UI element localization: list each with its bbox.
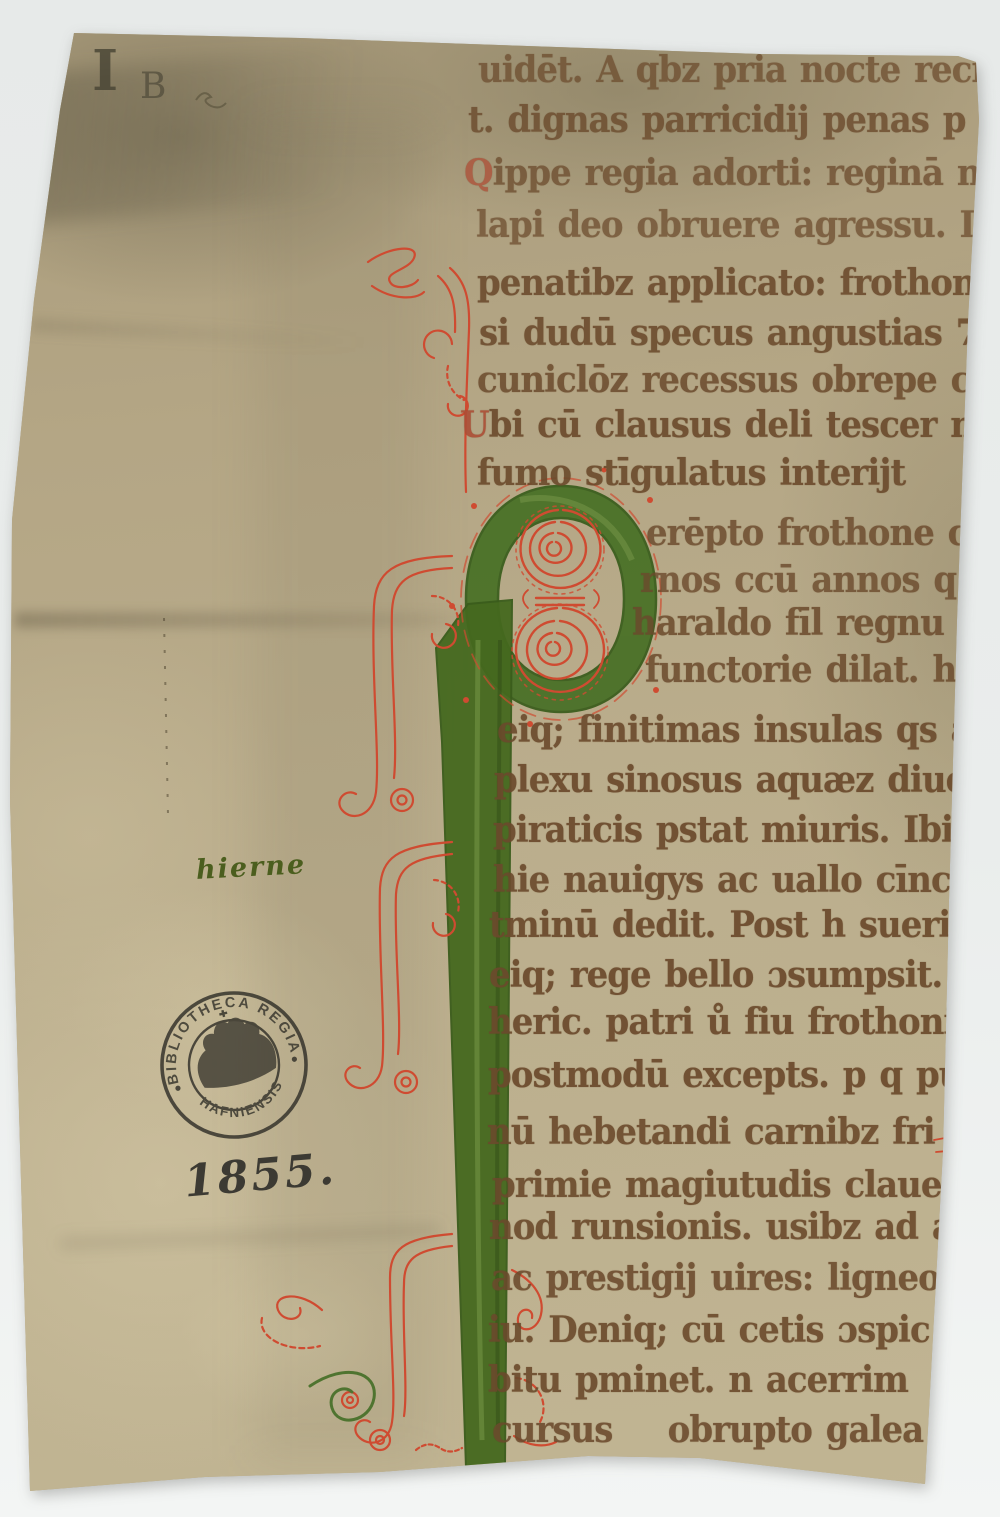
manuscript-line: functorie dilat. h — [645, 649, 956, 692]
manuscript-line: eiq; rege bello ɔsumpsit. Cuj — [489, 954, 1000, 997]
ink-squiggle-mark — [196, 93, 226, 107]
parchment-surface: BIBLIOTHECA REGIA HAFNIENSIS I B hierne … — [0, 0, 1000, 1517]
crown-icon — [187, 1010, 280, 1093]
manuscript-line: fumo stīgulatus interijt — [477, 452, 905, 495]
manuscript-line: uidēt. A qbz pria nocte recn — [478, 49, 995, 92]
manuscript-line: rnos ccū annos q — [640, 559, 956, 602]
manuscript-line: ac prestigij uires: ligneo — [491, 1257, 940, 1300]
stitch-holes-line — [164, 618, 168, 815]
manuscript-line: si dudū specus angustias 7 — [479, 312, 978, 355]
manuscript-line: postmodū excepts. p q pug — [488, 1054, 985, 1097]
parchment-fragment: BIBLIOTHECA REGIA HAFNIENSIS I B hierne … — [0, 0, 1000, 1517]
manuscript-line: haraldo fīl regnu — [632, 602, 944, 645]
manuscript-line: Qippe regia adorti: reginā n — [464, 152, 981, 195]
rubricated-initial: U — [460, 404, 489, 447]
manuscript-line: piraticis pstat miuris. Ibid — [493, 809, 976, 852]
manuscript-line: Ubi cū clausus deli tescer n — [460, 404, 974, 447]
stamp-dot-right — [291, 1056, 297, 1062]
library-stamp: BIBLIOTHECA REGIA HAFNIENSIS — [147, 978, 322, 1153]
manuscript-line: nod runsionis. usibz ad ap — [489, 1206, 976, 1249]
manuscript-line: hie nauigys ac uallo cīnctis — [493, 859, 995, 902]
manuscript-line: lapi deo obruere agressu. Ig — [476, 204, 997, 247]
rubricated-initial: Q — [464, 152, 493, 195]
manuscript-line: primie magiutudis claue — [492, 1164, 941, 1207]
stamp-dot-left — [175, 1085, 181, 1091]
manuscript-line: bitu pminet. n acerrim — [488, 1359, 908, 1402]
manuscript-line: eiq; finitimas insulas qs a — [497, 709, 972, 752]
manuscript-line: cursus obrupto galea — [492, 1409, 923, 1452]
manuscript-line: nū hebetandi carnibz fri p — [487, 1111, 971, 1154]
manuscript-line: erēpto frothone cū — [646, 512, 991, 555]
manuscript-line: plexu sinosus aquæz diuell — [494, 759, 990, 802]
manuscript-line: iu. Deniq; cū cetis ɔspic — [488, 1309, 930, 1352]
manuscript-photo-page: { "page": { "background_color": "#e9eceb… — [0, 0, 1000, 1517]
manuscript-line: penatibz applicato: frothon — [477, 262, 976, 305]
manuscript-line: cuniclōz recessus obrepe co — [477, 359, 992, 402]
manuscript-line: heric. patri ů fiu frothonis — [488, 1001, 973, 1044]
manuscript-line: t. dignas parricidij penas p — [468, 99, 965, 142]
manuscript-line: tminū dedit. Post h suerie — [489, 904, 971, 947]
